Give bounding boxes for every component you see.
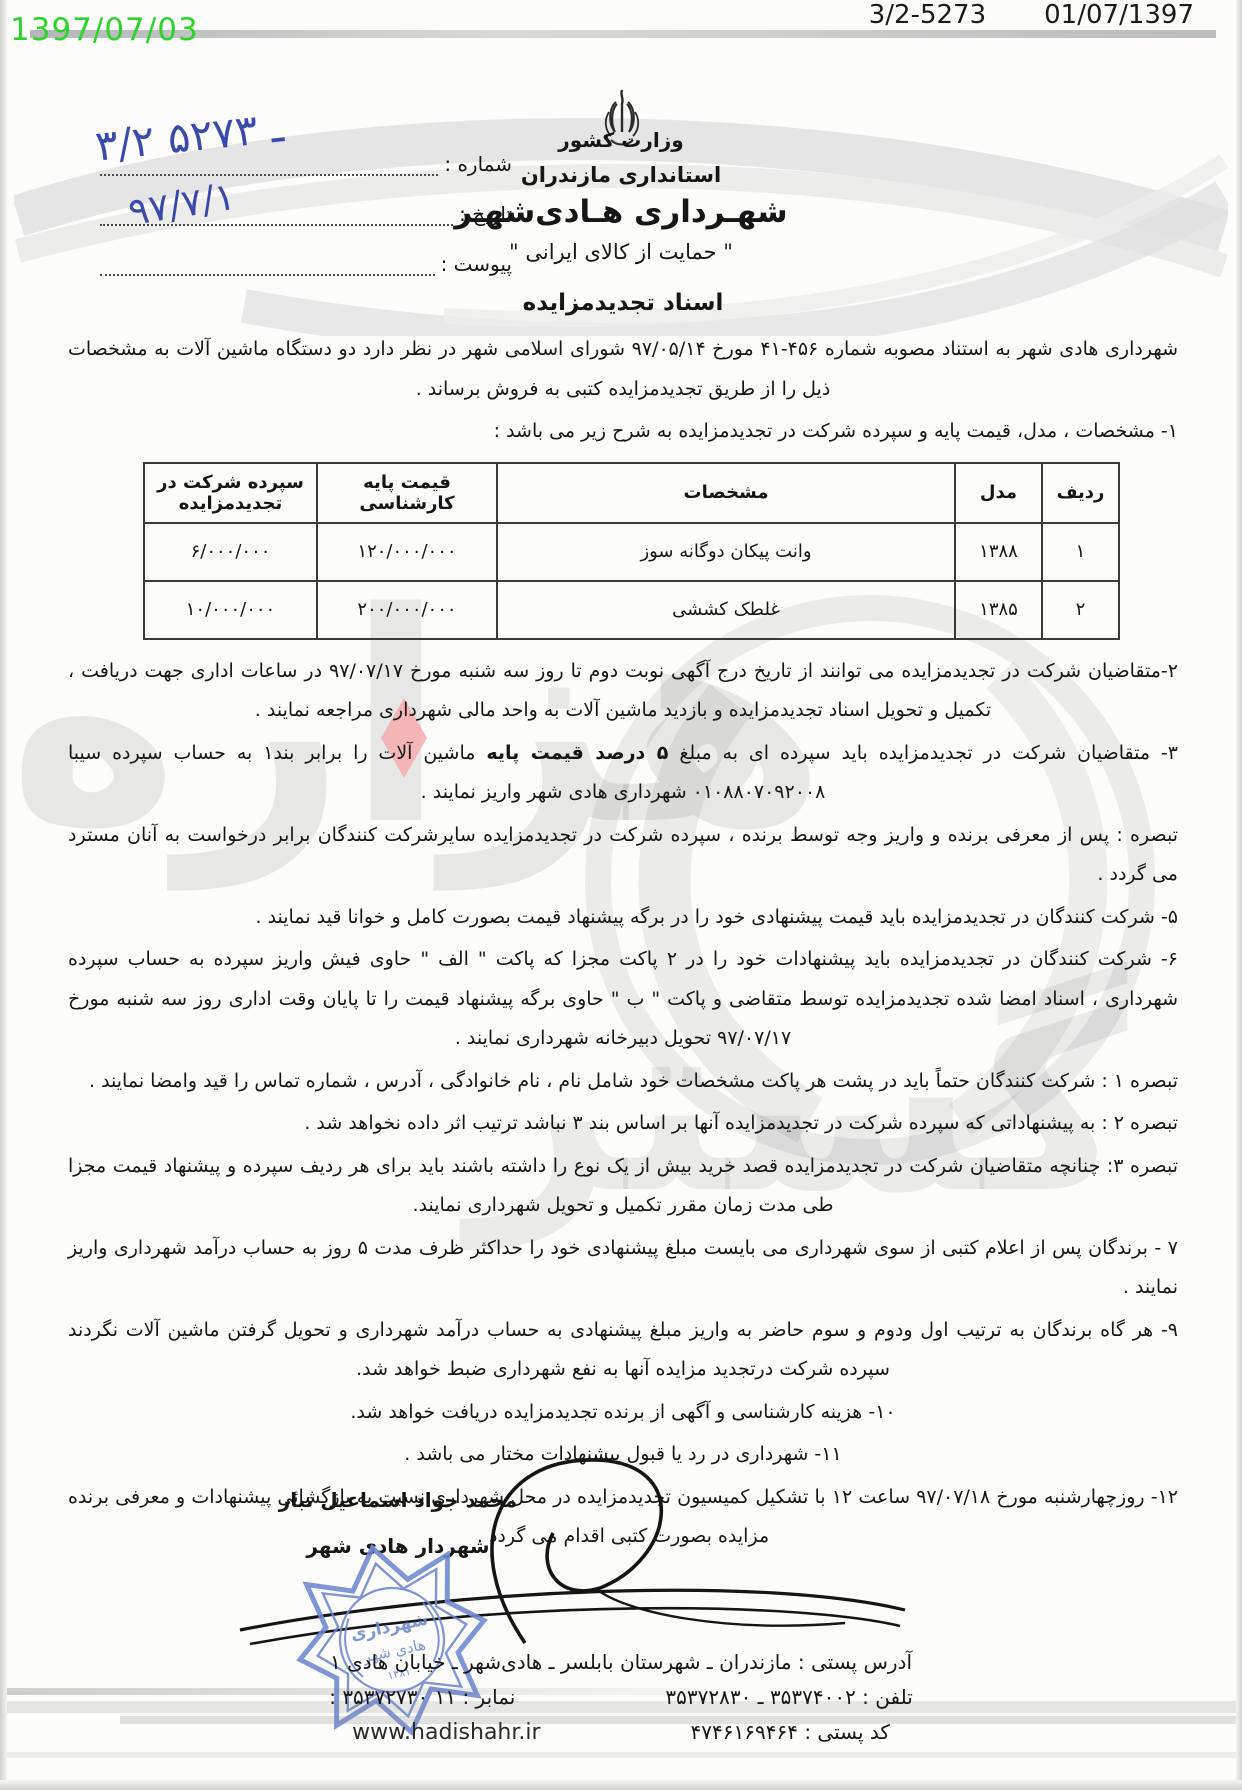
cell-spec: وانت پیکان دوگانه سوز <box>497 523 955 581</box>
footer-address: آدرس پستی : مازندران ـ شهرستان بابلسر ـ … <box>0 1650 1242 1674</box>
note-1: تبصره ۱ : شرکت کنندگان حتماً باید در پشت… <box>68 1062 1178 1102</box>
machinery-table: ردیف مدل مشخصات قیمت پایه کارشناسی سپرده… <box>143 462 1120 640</box>
document-body: اسناد تجدیدمزایده شهرداری هادی شهر به اس… <box>68 290 1178 1560</box>
scan-edge-left <box>0 0 7 1790</box>
footer-fax: نمابر : ۱۱ ۳۵۳۷۲۷۳۰ : <box>329 1685 515 1709</box>
intro-paragraph: شهرداری هادی شهر به استناد مصوبه شماره ۴… <box>68 330 1178 409</box>
attachment-dotted-line <box>100 254 435 276</box>
cell-base-price: ۱۲۰/۰۰۰/۰۰۰ <box>317 523 497 581</box>
clause-3-text-a: ۳- متقاضیان شرکت در تجدیدمزایده باید سپر… <box>668 742 1178 764</box>
header-model: مدل <box>955 463 1042 523</box>
header-deposit: سپرده شرکت در تجدیدمزایده <box>144 463 317 523</box>
clause-1: ۱- مشخصات ، مدل، قیمت پایه و سپرده شرکت … <box>68 412 1178 452</box>
reference-attachment-row: پیوست : <box>100 252 512 276</box>
number-label: شماره : <box>438 152 512 176</box>
date-label: تاریخ : <box>453 202 512 226</box>
clause-6: ۶- شرکت کنندگان در تجدیدمزایده باید پیشن… <box>68 940 1178 1059</box>
cell-row-number: ۲ <box>1042 581 1119 639</box>
scan-ref-number: 3/2-5273 <box>869 0 986 30</box>
clause-9: ۹- هر گاه برندگان به ترتیب اول ودوم و سو… <box>68 1311 1178 1390</box>
cell-deposit: ۱۰/۰۰۰/۰۰۰ <box>144 581 317 639</box>
scan-top-refs: 3/2-5273 01/07/1397 <box>869 0 1194 30</box>
scanned-letter-page: 1397/07/03 3/2-5273 01/07/1397 وزارت کشو… <box>0 0 1242 1790</box>
cell-deposit: ۶/۰۰۰/۰۰۰ <box>144 523 317 581</box>
scan-green-date: 1397/07/03 <box>10 12 199 48</box>
footer-postal-web-row: کد پستی : ۴۷۴۶۱۶۹۴۶۴ www.hadishahr.ir <box>0 1720 1242 1745</box>
clause-5: ۵- شرکت کنندگان در تجدیدمزایده باید قیمت… <box>68 898 1178 938</box>
scan-edge-right <box>1236 0 1242 1790</box>
cell-model: ۱۳۸۸ <box>955 523 1042 581</box>
cell-base-price: ۲۰۰/۰۰۰/۰۰۰ <box>317 581 497 639</box>
note-3: تبصره ۳: چنانچه متقاضیان شرکت در تجدیدمز… <box>68 1147 1178 1226</box>
table-header-row: ردیف مدل مشخصات قیمت پایه کارشناسی سپرده… <box>144 463 1119 523</box>
clause-2: ۲-متقاضیان شرکت در تجدیدمزایده می توانند… <box>68 652 1178 731</box>
document-title: اسناد تجدیدمزایده <box>68 290 1178 316</box>
cell-spec: غلطک کششی <box>497 581 955 639</box>
header-base-price: قیمت پایه کارشناسی <box>317 463 497 523</box>
clause-3-bold: ۵ درصد قیمت پایه <box>486 742 668 764</box>
header-row-number: ردیف <box>1042 463 1119 523</box>
footer: آدرس پستی : مازندران ـ شهرستان بابلسر ـ … <box>0 1650 1242 1756</box>
scan-edge-bottom <box>0 1780 1242 1790</box>
note-2: تبصره ۲ : به پیشنهاداتی که سپرده شرکت در… <box>68 1104 1178 1144</box>
clause-7: ۷ - برندگان پس از اعلام کتبی از سوی شهرد… <box>68 1229 1178 1308</box>
table-row: ۱ ۱۳۸۸ وانت پیکان دوگانه سوز ۱۲۰/۰۰۰/۰۰۰… <box>144 523 1119 581</box>
scan-artifact-strip <box>30 30 1216 38</box>
footer-website: www.hadishahr.ir <box>352 1720 540 1745</box>
footer-phone: تلفن : ۳۵۳۷۴۰۰۲ ـ ۳۵۳۷۲۸۳۰ <box>665 1685 912 1709</box>
table-row: ۲ ۱۳۸۵ غلطک کششی ۲۰۰/۰۰۰/۰۰۰ ۱۰/۰۰۰/۰۰۰ <box>144 581 1119 639</box>
footer-postal-code: کد پستی : ۴۷۴۶۱۶۹۴۶۴ <box>691 1720 890 1745</box>
scan-ref-date: 01/07/1397 <box>1044 0 1194 30</box>
clause-10: ۱۰- هزینه کارشناسی و آگهی از برنده تجدید… <box>68 1393 1178 1433</box>
header-spec: مشخصات <box>497 463 955 523</box>
footer-phone-fax-row: تلفن : ۳۵۳۷۴۰۰۲ ـ ۳۵۳۷۲۸۳۰ نمابر : ۱۱ ۳۵… <box>0 1685 1242 1709</box>
cell-model: ۱۳۸۵ <box>955 581 1042 639</box>
clause-3: ۳- متقاضیان شرکت در تجدیدمزایده باید سپر… <box>68 734 1178 813</box>
attachment-label: پیوست : <box>435 252 512 276</box>
note-paragraph: تبصره : پس از معرفی برنده و واریز وجه تو… <box>68 816 1178 895</box>
cell-row-number: ۱ <box>1042 523 1119 581</box>
